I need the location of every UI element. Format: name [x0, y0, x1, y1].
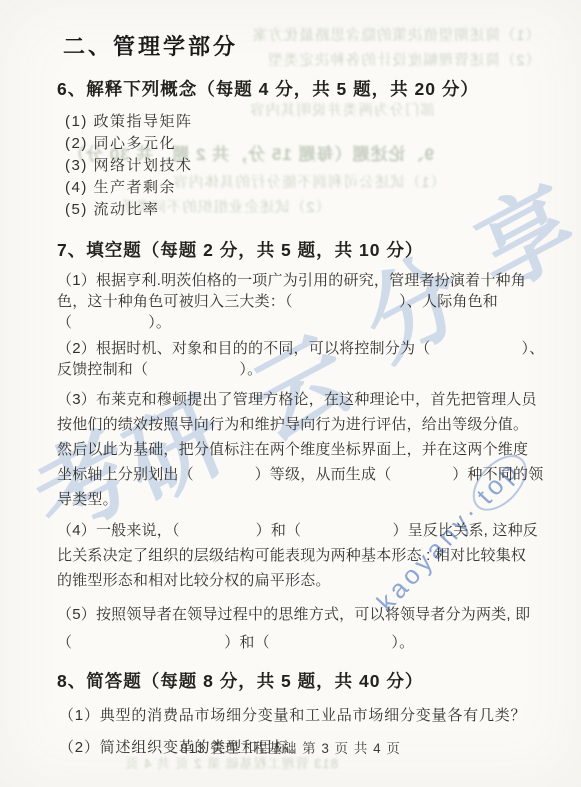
concept-item: (1) 政策指导矩阵 [65, 113, 533, 131]
fill-blank-item-5: （5）按照领导者在领导过程中的思维方式，可以将领导者分为两类, 即 （ ）和（ … [57, 601, 533, 657]
section-heading: 二、管理学部分 [63, 30, 533, 61]
fill-blank-item-2: （2）根据时机、对象和目的的不同，可以将控制分为（ ）、 反馈控制和（ ）。 [57, 338, 533, 380]
text-line: （ ）和（ ）。 [57, 629, 533, 657]
concept-item: (3) 网络计划技术 [65, 157, 533, 175]
concept-item: (4) 生产者剩余 [65, 179, 533, 197]
concept-item: (2) 同心多元化 [65, 135, 533, 153]
text-line: 反馈控制和（ ）。 [57, 359, 533, 380]
text-line: 坐标轴上分别划出（ ）等级，从而生成（ ）种不同的领 [57, 462, 533, 487]
concept-item: (5) 流动比率 [65, 201, 533, 219]
exam-paper-page: （1）简述期望值决策的隐含思路最优方案 （2）简述管理幅度设计的各种决定类型 部… [0, 0, 581, 787]
page-footer: 813 管理工程基础 第 3 页 共 4 页 [0, 737, 581, 757]
question-8-heading: 8、简答题（每题 8 分，共 5 题，共 40 分） [57, 668, 533, 693]
question-6-concept-list: (1) 政策指导矩阵 (2) 同心多元化 (3) 网络计划技术 (4) 生产者剩… [57, 113, 533, 219]
document-content: 二、管理学部分 6、解释下列概念（每题 4 分，共 5 题，共 20 分） (1… [57, 26, 533, 757]
text-line: 的锥型形态和相对比较分权的扁平形态。 [57, 568, 533, 593]
question-6-heading: 6、解释下列概念（每题 4 分，共 5 题，共 20 分） [57, 76, 533, 101]
text-line: （2）根据时机、对象和目的的不同，可以将控制分为（ ）、 [57, 338, 533, 359]
text-line: （1）根据亨利.明茨伯格的一项广为引用的研究，管理者扮演着十种角 [57, 270, 533, 291]
text-line: 色，这十种角色可被归入三大类：（ ）、人际角色和 [57, 291, 533, 312]
short-answer-item: （1）典型的消费品市场细分变量和工业品市场细分变量各有几类？ [59, 706, 533, 725]
text-line: （5）按照领导者在领导过程中的思维方式，可以将领导者分为两类, 即 [57, 601, 533, 629]
fill-blank-item-3: （3）布莱克和穆顿提出了管理方格论，在这种理论中，首先把管理人员 按他们的绩效按… [57, 387, 533, 512]
text-line: （4）一般来说，（ ）和（ ）呈反比关系, 这种反 [57, 518, 533, 543]
text-line: 按他们的绩效按照导向行为和维护导向行为进行评估，给出等级分值。 [57, 412, 533, 437]
text-line: 然后以此为基础，把分值标注在两个维度坐标界面上，并在这两个维度 [57, 437, 533, 462]
text-line: 比关系决定了组织的层级结构可能表现为两种基本形态 : 相对比较集权 [57, 543, 533, 568]
text-line: 导类型。 [57, 487, 533, 512]
question-7-heading: 7、填空题（每题 2 分，共 5 题，共 10 分） [57, 237, 533, 262]
text-line: （3）布莱克和穆顿提出了管理方格论，在这种理论中，首先把管理人员 [57, 387, 533, 412]
text-line: （ ）。 [57, 312, 533, 333]
fill-blank-item-1: （1）根据亨利.明茨伯格的一项广为引用的研究，管理者扮演着十种角 色，这十种角色… [57, 270, 533, 333]
fill-blank-item-4: （4）一般来说，（ ）和（ ）呈反比关系, 这种反 比关系决定了组织的层级结构可… [57, 518, 533, 593]
